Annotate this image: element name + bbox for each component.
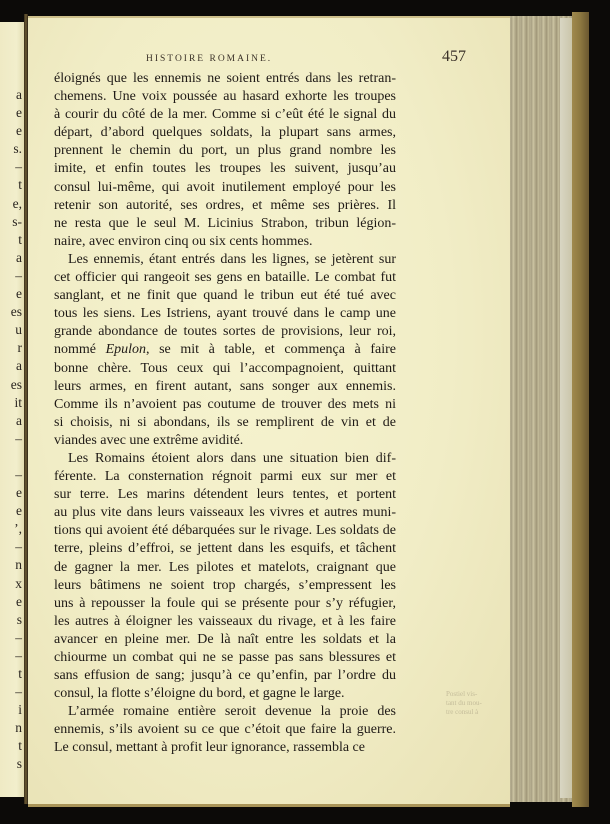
facing-fragment: r	[2, 339, 22, 357]
facing-fragment: u	[2, 321, 22, 339]
facing-fragment: e	[2, 285, 22, 303]
show-through-line: tre consul à	[446, 708, 482, 717]
facing-fragment: –	[2, 158, 22, 176]
facing-fragment: a	[2, 249, 22, 267]
facing-fragment: t	[2, 231, 22, 249]
facing-fragment: –	[2, 267, 22, 285]
text-line: nommé Epulon, se mit à table, et commenç…	[54, 341, 396, 359]
text-line: de gagner la mer. Les pilotes et matelot…	[54, 559, 396, 577]
text-line: si choisis, ni si abondans, ils se rempl…	[54, 414, 396, 432]
text-line: sans effusion de sang; jusqu’à ce qu’enf…	[54, 667, 396, 685]
text-line: départ, d’abord quelques soldats, la plu…	[54, 124, 396, 142]
facing-fragment: n	[2, 719, 22, 737]
text-line: tous les siens. Les Istriens, ayant trou…	[54, 305, 396, 323]
facing-fragment: a	[2, 412, 22, 430]
facing-fragment: s.	[2, 140, 22, 158]
show-through-line: tant du mou-	[446, 699, 482, 708]
facing-fragment: –	[2, 683, 22, 701]
text-line: imite, et enfin toutes les troupes les s…	[54, 160, 396, 178]
facing-fragment: s	[2, 755, 22, 773]
text-line: leurs armes, en firent autant, sans song…	[54, 378, 396, 396]
text-line: férente. La consternation régnoit parmi …	[54, 468, 396, 486]
text-line: viandes avec une extrême avidité.	[54, 432, 396, 450]
text-line: retenir son autorité, ses ordres, et mêm…	[54, 197, 396, 215]
text-line: avancer en pleine mer. De là naît entre …	[54, 631, 396, 649]
text-line: les autres à éloigner les vaisseaux du r…	[54, 613, 396, 631]
text-line: sanglant, et ne finit que quand le tribu…	[54, 287, 396, 305]
facing-fragment: i	[2, 701, 22, 719]
text-line: leurs bâtimens ne soient trop chargés, s…	[54, 577, 396, 595]
book-cover-edge	[572, 12, 589, 807]
text-line: consul lui-même, qui avoit inutilement e…	[54, 179, 396, 197]
facing-fragment: e,	[2, 195, 22, 213]
facing-fragment	[2, 448, 22, 466]
text-line: consul, la flotte s’éloigne du bord, et …	[54, 685, 396, 703]
running-title: HISTOIRE ROMAINE.	[146, 54, 272, 64]
text-line: terre, pleins d’effroi, se jettent dans …	[54, 540, 396, 558]
facing-page-edge: aees.–te,s-ta–eesuraesita––ee’,–nxes––t–…	[0, 22, 24, 797]
facing-fragment: t	[2, 176, 22, 194]
page-header: HISTOIRE ROMAINE. 457	[146, 48, 466, 68]
text-line: naire, avec environ cinq ou six cents ho…	[54, 233, 396, 251]
facing-fragment: e	[2, 502, 22, 520]
facing-fragment: –	[2, 647, 22, 665]
facing-fragment: t	[2, 665, 22, 683]
facing-fragment: –	[2, 430, 22, 448]
facing-fragment: e	[2, 122, 22, 140]
text-line: Le consul, mettant à profit leur ignoran…	[54, 739, 396, 757]
italic-name: Epulon	[106, 342, 146, 357]
show-through-line: Postiel vis-	[446, 690, 482, 699]
facing-fragment: –	[2, 629, 22, 647]
facing-fragment: e	[2, 593, 22, 611]
text-line: à courir du côté de la mer. Comme si c’e…	[54, 106, 396, 124]
text-line: éloignés que les ennemis ne soient entré…	[54, 70, 396, 88]
facing-page-fragments: aees.–te,s-ta–eesuraesita––ee’,–nxes––t–…	[2, 86, 22, 774]
text-line: sur terre. Les marins détendent leurs te…	[54, 486, 396, 504]
facing-fragment: t	[2, 737, 22, 755]
facing-fragment: s-	[2, 213, 22, 231]
page-number: 457	[442, 48, 466, 66]
text-line: uns à repousser la foule qui se présente…	[54, 595, 396, 613]
facing-fragment: e	[2, 104, 22, 122]
text-line: au plus vite dans leurs vaisseaux les vi…	[54, 504, 396, 522]
text-line: prennent le chemin du port, un plus gran…	[54, 142, 396, 160]
facing-fragment: x	[2, 575, 22, 593]
facing-fragment: es	[2, 376, 22, 394]
text-line: grande abondance de toutes sortes de pro…	[54, 323, 396, 341]
text-line: ennemis, s’ils avoient su ce que c’étoit…	[54, 721, 396, 739]
body-text: éloignés que les ennemis ne soient entré…	[54, 70, 396, 758]
text-line: Les ennemis, étant entrés dans les ligne…	[54, 251, 396, 269]
text-line: tions qui avoient été débarquées sur le …	[54, 522, 396, 540]
text-line: bonne chère. Tous ceux qui l’accompagnoi…	[54, 360, 396, 378]
facing-fragment: es	[2, 303, 22, 321]
text-line: Comme ils n’avoient pas coutume de trouv…	[54, 396, 396, 414]
text-line: chiourme un combat qui ne se passe pas s…	[54, 649, 396, 667]
facing-fragment: e	[2, 484, 22, 502]
text-line: Les Romains étoient alors dans une situa…	[54, 450, 396, 468]
text-line: cet officier qui rangeoit ses gens en ba…	[54, 269, 396, 287]
facing-fragment: a	[2, 357, 22, 375]
facing-fragment: –	[2, 538, 22, 556]
facing-fragment: a	[2, 86, 22, 104]
book-page: HISTOIRE ROMAINE. 457 éloignés que les e…	[28, 16, 510, 807]
text-line: ne resta que le seul M. Licinius Strabon…	[54, 215, 396, 233]
text-line: L’armée romaine entière seroit devenue l…	[54, 703, 396, 721]
facing-fragment: –	[2, 466, 22, 484]
text-line: chemens. Une voix poussée au hasard exho…	[54, 88, 396, 106]
facing-fragment: ’,	[2, 520, 22, 538]
book-scan: aees.–te,s-ta–eesuraesita––ee’,–nxes––t–…	[0, 0, 610, 824]
facing-fragment: n	[2, 556, 22, 574]
facing-fragment: it	[2, 394, 22, 412]
show-through-text: Postiel vis-tant du mou-tre consul à	[446, 690, 482, 717]
facing-fragment: s	[2, 611, 22, 629]
